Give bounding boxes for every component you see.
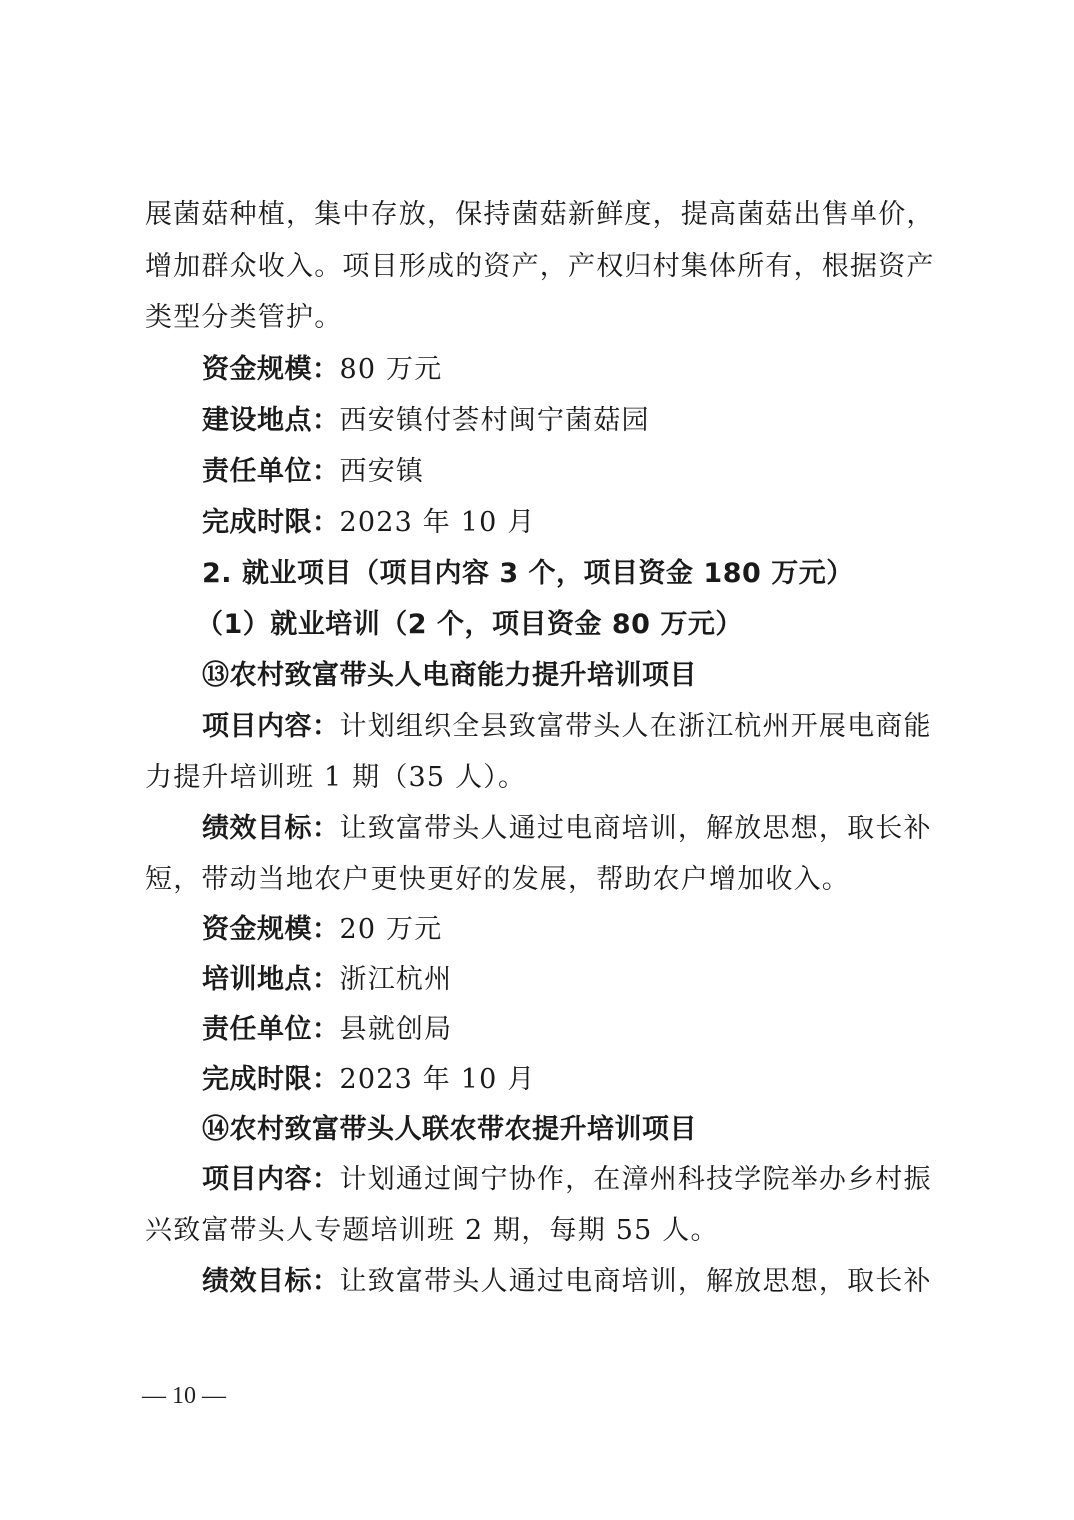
field-value: 让致富带头人通过电商培训，解放思想，取长补 bbox=[340, 1266, 932, 1297]
field-label: 责任单位： bbox=[202, 1014, 340, 1045]
field-value: 2023 年 10 月 bbox=[340, 1064, 536, 1095]
field-label: 项目内容： bbox=[202, 1164, 340, 1195]
item14-content: 项目内容：计划通过闽宁协作，在漳州科技学院举办乡村振 bbox=[202, 1163, 1002, 1197]
item12-unit: 责任单位：西安镇 bbox=[202, 455, 1002, 489]
field-label: 责任单位： bbox=[202, 456, 340, 487]
item13-fund: 资金规模：20 万元 bbox=[202, 913, 1002, 947]
subsection-heading: （1）就业培训（2 个，项目资金 80 万元） bbox=[196, 608, 996, 642]
item13-location: 培训地点：浙江杭州 bbox=[202, 963, 1002, 997]
page-number: — 10 — bbox=[142, 1383, 226, 1410]
item12-fund: 资金规模：80 万元 bbox=[202, 353, 1002, 387]
field-label: 项目内容： bbox=[202, 711, 340, 742]
item13-deadline: 完成时限：2023 年 10 月 bbox=[202, 1063, 1002, 1097]
item12-location: 建设地点：西安镇付荟村闽宁菌菇园 bbox=[202, 404, 1002, 438]
field-value: 20 万元 bbox=[340, 914, 443, 945]
item13-content: 项目内容：计划组织全县致富带头人在浙江杭州开展电商能 bbox=[202, 710, 1002, 744]
field-value: 浙江杭州 bbox=[340, 964, 453, 995]
field-label: 绩效目标： bbox=[202, 1266, 340, 1297]
item13-title: ⑬农村致富带头人电商能力提升培训项目 bbox=[202, 659, 1002, 693]
paragraph-line: 类型分类管护。 bbox=[145, 301, 945, 335]
field-label: 完成时限： bbox=[202, 507, 340, 538]
field-value: 计划组织全县致富带头人在浙江杭州开展电商能 bbox=[340, 711, 932, 742]
field-label: 资金规模： bbox=[202, 354, 340, 385]
field-value: 县就创局 bbox=[340, 1014, 453, 1045]
field-value: 80 万元 bbox=[340, 354, 443, 385]
field-value: 西安镇 bbox=[340, 456, 425, 487]
field-label: 建设地点： bbox=[202, 405, 340, 436]
paragraph-line: 展菌菇种植，集中存放，保持菌菇新鲜度，提高菌菇出售单价， bbox=[145, 198, 945, 232]
paragraph-line: 力提升培训班 1 期（35 人）。 bbox=[145, 761, 945, 795]
field-label: 资金规模： bbox=[202, 914, 340, 945]
field-value: 2023 年 10 月 bbox=[340, 507, 536, 538]
item14-title: ⑭农村致富带头人联农带农提升培训项目 bbox=[202, 1113, 1002, 1147]
item14-goal: 绩效目标：让致富带头人通过电商培训，解放思想，取长补 bbox=[202, 1265, 1002, 1299]
field-value: 计划通过闽宁协作，在漳州科技学院举办乡村振 bbox=[340, 1164, 932, 1195]
item13-unit: 责任单位：县就创局 bbox=[202, 1013, 1002, 1047]
paragraph-line: 增加群众收入。项目形成的资产，产权归村集体所有，根据资产 bbox=[145, 250, 945, 284]
field-label: 绩效目标： bbox=[202, 813, 340, 844]
field-value: 让致富带头人通过电商培训，解放思想，取长补 bbox=[340, 813, 932, 844]
section-heading: 2. 就业项目（项目内容 3 个，项目资金 180 万元） bbox=[202, 557, 1002, 591]
paragraph-line: 短，带动当地农户更快更好的发展，帮助农户增加收入。 bbox=[145, 863, 945, 897]
field-label: 完成时限： bbox=[202, 1064, 340, 1095]
item13-goal: 绩效目标：让致富带头人通过电商培训，解放思想，取长补 bbox=[202, 812, 1002, 846]
paragraph-line: 兴致富带头人专题培训班 2 期，每期 55 人。 bbox=[145, 1214, 945, 1248]
document-page: 展菌菇种植，集中存放，保持菌菇新鲜度，提高菌菇出售单价， 增加群众收入。项目形成… bbox=[0, 0, 1074, 1520]
item12-deadline: 完成时限：2023 年 10 月 bbox=[202, 506, 1002, 540]
field-label: 培训地点： bbox=[202, 964, 340, 995]
field-value: 西安镇付荟村闽宁菌菇园 bbox=[340, 405, 650, 436]
